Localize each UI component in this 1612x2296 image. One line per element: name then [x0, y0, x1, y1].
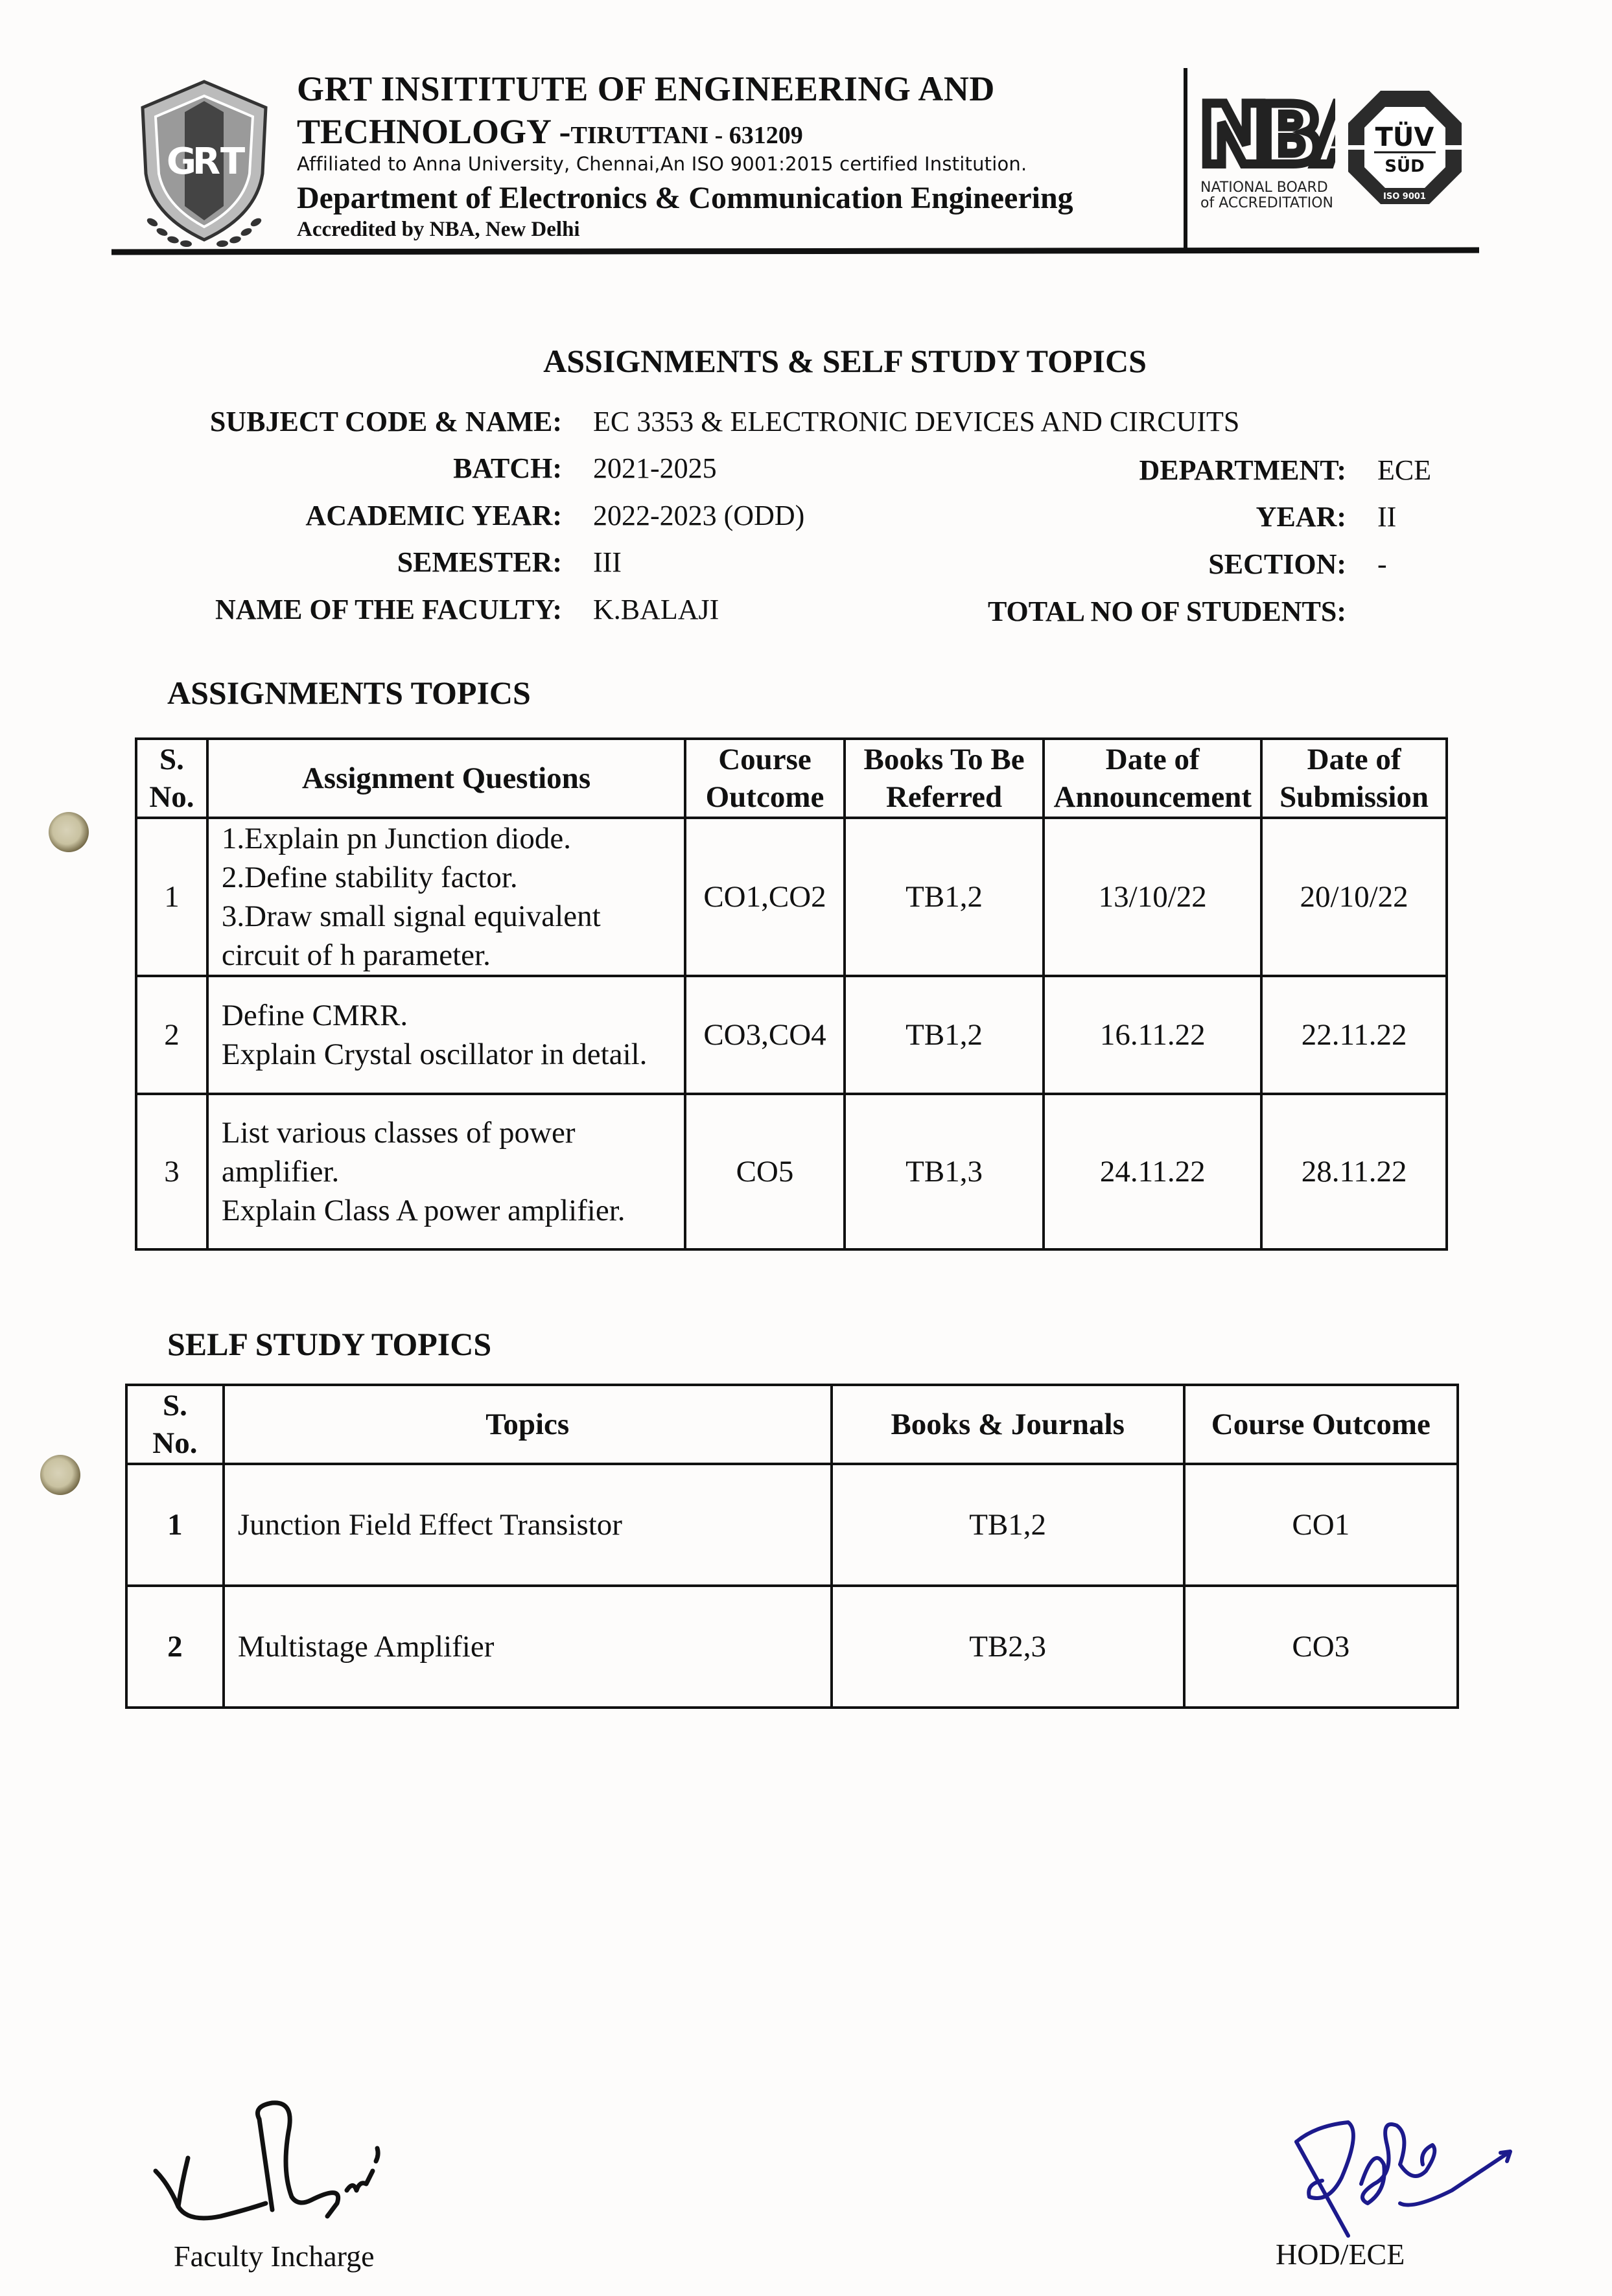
hod-label: HOD/ECE	[1276, 2237, 1405, 2271]
svg-text:SÜD: SÜD	[1384, 155, 1424, 176]
cell-announcement-date: 13/10/22	[1044, 818, 1261, 976]
academic-year-value: 2022-2023 (ODD)	[593, 499, 804, 532]
nba-caption-line1: NATIONAL BOARD	[1200, 180, 1333, 196]
department-name: Department of Electronics & Communicatio…	[297, 180, 1073, 216]
institution-name-cont: TECHNOLOGY -	[297, 112, 571, 151]
cell-books: TB1,2	[845, 818, 1044, 976]
cell-course-outcome: CO5	[685, 1094, 845, 1249]
punch-hole	[40, 1455, 80, 1495]
cell-submission-date: 20/10/22	[1261, 818, 1447, 976]
institution-name: GRT INSITITUTE OF ENGINEERING AND	[297, 69, 995, 109]
cell-sno: 3	[136, 1094, 207, 1249]
header-topics: Topics	[224, 1385, 832, 1464]
section-value: -	[1377, 548, 1387, 581]
question-text: 3.Draw small signal equivalent circuit o…	[222, 897, 679, 975]
cell-topic: Junction Field Effect Transistor	[224, 1464, 832, 1586]
faculty-incharge-label: Faculty Incharge	[174, 2239, 375, 2273]
year-label: YEAR:	[1256, 500, 1346, 533]
cell-sno: 2	[126, 1586, 224, 1708]
header-course-outcome: CourseOutcome	[685, 739, 845, 818]
section-label: SECTION:	[1208, 548, 1346, 581]
assignments-section-title: ASSIGNMENTS TOPICS	[167, 674, 531, 712]
semester-value: III	[593, 546, 622, 579]
department-label: DEPARTMENT:	[1139, 454, 1346, 487]
subject-label: SUBJECT CODE & NAME:	[210, 405, 562, 438]
cell-announcement-date: 16.11.22	[1044, 976, 1261, 1094]
affiliation-text: Affiliated to Anna University, Chennai,A…	[297, 153, 1027, 175]
cell-questions: 1.Explain pn Junction diode.2.Define sta…	[207, 818, 685, 976]
faculty-label: NAME OF THE FACULTY:	[215, 593, 562, 626]
cell-course-outcome: CO3	[1184, 1586, 1458, 1708]
cell-questions: List various classes of power amplifier.…	[207, 1094, 685, 1249]
cell-questions: Define CMRR.Explain Crystal oscillator i…	[207, 976, 685, 1094]
question-text: Explain Class A power amplifier.	[222, 1191, 679, 1230]
assignment-row: 3List various classes of power amplifier…	[136, 1094, 1447, 1249]
cell-topic: Multistage Amplifier	[224, 1586, 832, 1708]
faculty-signature	[143, 2093, 454, 2226]
cell-submission-date: 28.11.22	[1261, 1094, 1447, 1249]
svg-text:TÜV: TÜV	[1375, 121, 1434, 152]
svg-text:NBA: NBA	[1199, 87, 1335, 178]
total-students-label: TOTAL NO OF STUDENTS:	[988, 595, 1346, 628]
header-divider-horizontal	[111, 248, 1479, 255]
svg-text:R: R	[193, 141, 220, 183]
header-books-journals: Books & Journals	[832, 1385, 1184, 1464]
cell-course-outcome: CO1,CO2	[685, 818, 845, 976]
header-sno: S.No.	[136, 739, 207, 818]
tuv-sud-logo: TÜV SÜD ISO 9001	[1345, 87, 1465, 207]
header-date-announcement: Date ofAnnouncement	[1044, 739, 1261, 818]
nba-caption: NATIONAL BOARD of ACCREDITATION	[1200, 180, 1333, 211]
self-study-section-title: SELF STUDY TOPICS	[167, 1325, 491, 1363]
punch-hole	[49, 812, 89, 852]
cell-books: TB2,3	[832, 1586, 1184, 1708]
assignment-row: 11.Explain pn Junction diode.2.Define st…	[136, 818, 1447, 976]
cell-sno: 2	[136, 976, 207, 1094]
question-text: List various classes of power amplifier.	[222, 1113, 679, 1191]
academic-year-label: ACADEMIC YEAR:	[305, 499, 562, 532]
batch-label: BATCH:	[453, 452, 562, 485]
assignments-header-row: S.No. Assignment Questions CourseOutcome…	[136, 739, 1447, 818]
question-text: 2.Define stability factor.	[222, 858, 679, 897]
header-books-referred: Books To BeReferred	[845, 739, 1044, 818]
institution-name-line2: TECHNOLOGY -TIRUTTANI - 631209	[297, 111, 803, 152]
cell-announcement-date: 24.11.22	[1044, 1094, 1261, 1249]
svg-text:ISO 9001: ISO 9001	[1383, 192, 1426, 202]
cell-course-outcome: CO3,CO4	[685, 976, 845, 1094]
cell-books: TB1,3	[845, 1094, 1044, 1249]
accreditation-text: Accredited by NBA, New Delhi	[297, 218, 580, 242]
cell-submission-date: 22.11.22	[1261, 976, 1447, 1094]
nba-caption-line2: of ACCREDITATION	[1200, 196, 1333, 211]
faculty-value: K.BALAJI	[593, 593, 719, 626]
svg-text:T: T	[220, 141, 245, 183]
self-study-header-row: S.No. Topics Books & Journals Course Out…	[126, 1385, 1458, 1464]
institution-location: TIRUTTANI - 631209	[571, 122, 803, 149]
cell-books: TB1,2	[832, 1464, 1184, 1586]
header-course-outcome: Course Outcome	[1184, 1385, 1458, 1464]
subject-value: EC 3353 & ELECTRONIC DEVICES AND CIRCUIT…	[593, 405, 1239, 438]
document-title: ASSIGNMENTS & SELF STUDY TOPICS	[0, 342, 1612, 380]
department-value: ECE	[1377, 454, 1431, 487]
assignment-row: 2Define CMRR.Explain Crystal oscillator …	[136, 976, 1447, 1094]
hod-signature	[1283, 2106, 1517, 2252]
self-study-row: 1Junction Field Effect TransistorTB1,2CO…	[126, 1464, 1458, 1586]
grt-logo: G R T	[133, 76, 275, 251]
self-study-row: 2Multistage AmplifierTB2,3CO3	[126, 1586, 1458, 1708]
year-value: II	[1377, 500, 1396, 533]
cell-sno: 1	[126, 1464, 224, 1586]
question-text: Explain Crystal oscillator in detail.	[222, 1035, 679, 1074]
header-date-submission: Date ofSubmission	[1261, 739, 1447, 818]
cell-course-outcome: CO1	[1184, 1464, 1458, 1586]
semester-label: SEMESTER:	[397, 546, 562, 579]
header-assignment-questions: Assignment Questions	[207, 739, 685, 818]
question-text: Define CMRR.	[222, 996, 679, 1035]
assignments-table: S.No. Assignment Questions CourseOutcome…	[135, 737, 1448, 1251]
cell-books: TB1,2	[845, 976, 1044, 1094]
header-divider-vertical	[1184, 68, 1187, 251]
question-text: 1.Explain pn Junction diode.	[222, 819, 679, 858]
self-study-table: S.No. Topics Books & Journals Course Out…	[125, 1384, 1459, 1709]
cell-sno: 1	[136, 818, 207, 976]
header-sno: S.No.	[126, 1385, 224, 1464]
batch-value: 2021-2025	[593, 452, 717, 485]
